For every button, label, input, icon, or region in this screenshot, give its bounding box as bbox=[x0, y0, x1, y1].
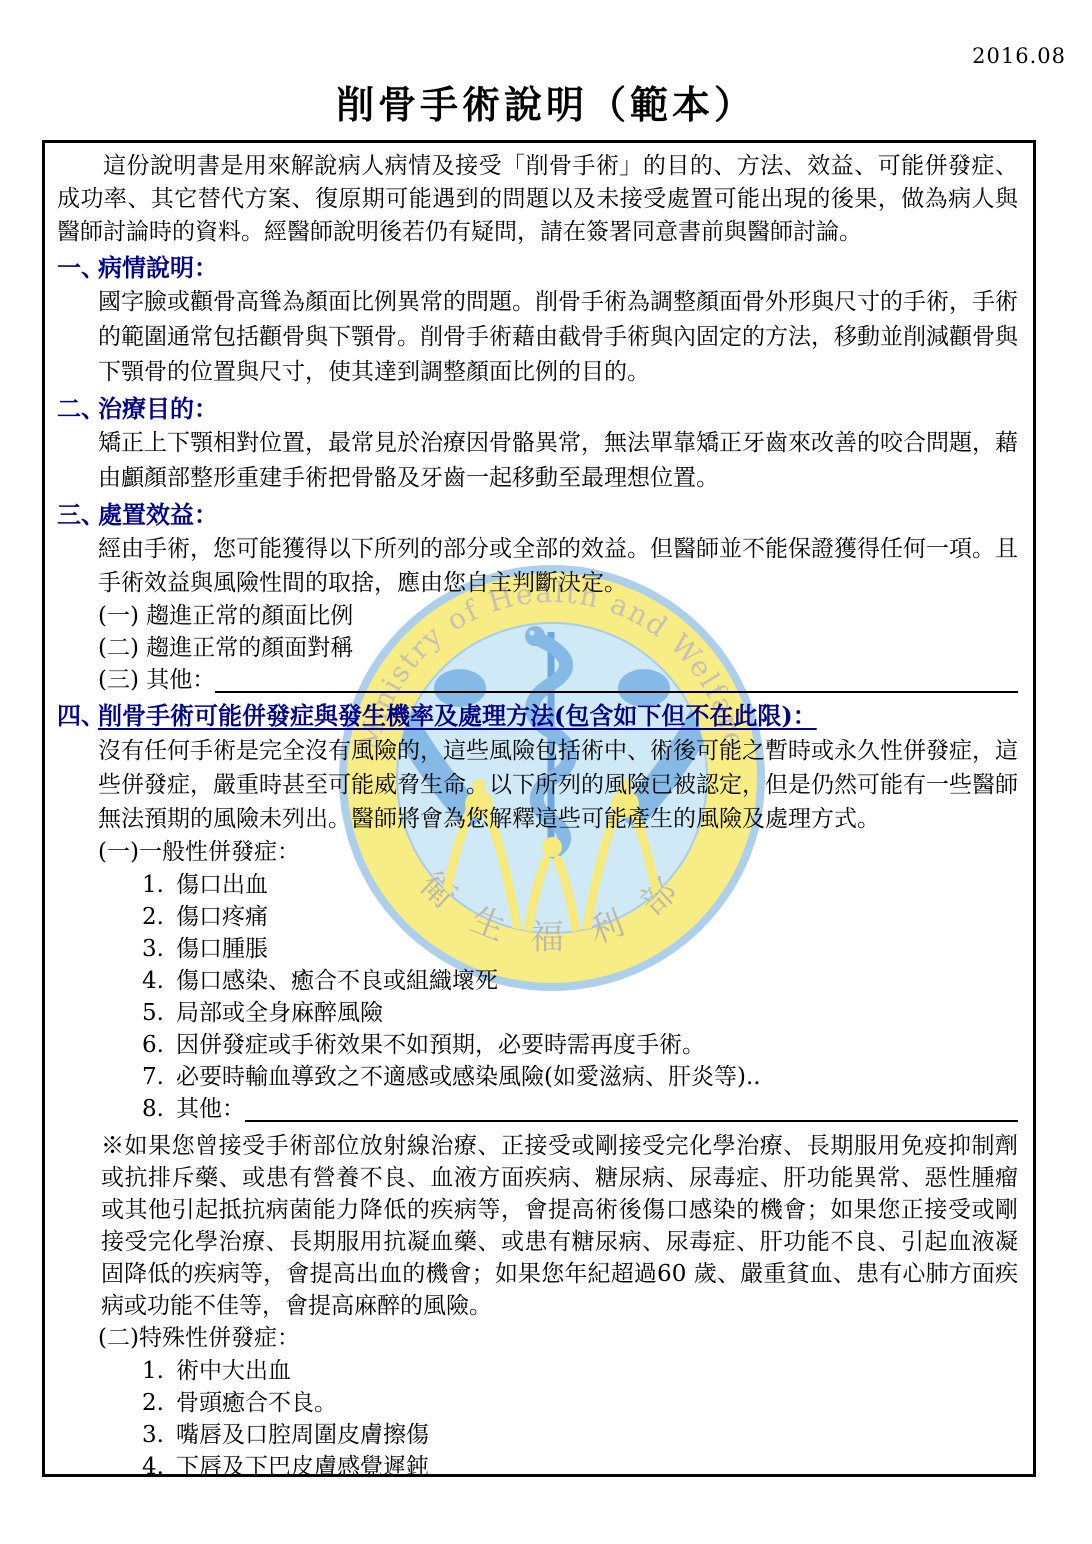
section-1-number: 一、 bbox=[57, 250, 98, 285]
general-complication-item: 2. 傷口疼痛 bbox=[142, 901, 1018, 933]
special-complication-item: 4. 下唇及下巴皮膚感覺遲鈍 bbox=[142, 1451, 1018, 1477]
general-complication-item: 5. 局部或全身麻醉風險 bbox=[142, 997, 1018, 1029]
section-2-body: 矯正上下顎相對位置，最常見於治療因骨骼異常，無法單靠矯正牙齒來改善的咬合問題，藉… bbox=[98, 426, 1018, 496]
section-3-number: 三、 bbox=[57, 497, 98, 532]
intro-paragraph: 這份說明書是用來解說病人病情及接受「削骨手術」的目的、方法、效益、可能併發症、成… bbox=[57, 150, 1018, 249]
risk-note-paragraph: ※如果您曾接受手術部位放射線治療、正接受或剛接受完化學治療、長期服用免疫抑制劑或… bbox=[101, 1130, 1018, 1322]
section-2-number: 二、 bbox=[57, 391, 98, 426]
section-1-heading: 一、 病情說明： bbox=[57, 250, 1018, 285]
general-complication-item: 3. 傷口腫脹 bbox=[142, 933, 1018, 965]
general-complications-label: (一)一般性併發症： bbox=[98, 836, 1018, 869]
special-complication-item: 1. 術中大出血 bbox=[142, 1355, 1018, 1387]
revision-date: 2016.08 bbox=[972, 44, 1066, 68]
page-title: 削骨手術說明（範本） bbox=[0, 74, 1092, 129]
section-1-body: 國字臉或顴骨高聳為顏面比例異常的問題。削骨手術為調整顏面骨外形與尺寸的手術，手術… bbox=[98, 285, 1018, 390]
section-2-title: 治療目的： bbox=[98, 391, 1018, 426]
general-other-blank-line bbox=[245, 1094, 1018, 1122]
general-other-number: 8. bbox=[142, 1093, 176, 1125]
general-complication-item: 6. 因併發症或手術效果不如預期，必要時需再度手術。 bbox=[142, 1029, 1018, 1061]
section-4-title: 削骨手術可能併發症與發生機率及處理方法(包含如下但不在此限)： bbox=[98, 697, 1018, 734]
general-complication-item: 4. 傷口感染、癒合不良或組織壞死 bbox=[142, 965, 1018, 997]
general-other-row: 8. 其他： bbox=[142, 1093, 1018, 1125]
document-box: 這份說明書是用來解說病人病情及接受「削骨手術」的目的、方法、效益、可能併發症、成… bbox=[42, 140, 1036, 1477]
special-complication-item: 2. 骨頭癒合不良。 bbox=[142, 1387, 1018, 1419]
special-complication-item: 3. 嘴唇及口腔周圍皮膚擦傷 bbox=[142, 1419, 1018, 1451]
section-4-number: 四、 bbox=[57, 697, 98, 734]
special-complications-label: (二)特殊性併發症： bbox=[98, 1322, 1018, 1355]
general-other-label: 其他： bbox=[176, 1093, 245, 1125]
benefit-other-blank-line bbox=[215, 665, 1018, 693]
benefit-other-label: (三) 其他： bbox=[98, 664, 215, 696]
section-4-body: 沒有任何手術是完全沒有風險的，這些風險包括術中、術後可能之暫時或永久性併發症，這… bbox=[98, 734, 1018, 836]
benefit-other-row: (三) 其他： bbox=[98, 664, 1018, 696]
benefit-item: (二) 趨進正常的顏面對稱 bbox=[98, 632, 1018, 664]
general-complication-item: 1. 傷口出血 bbox=[142, 869, 1018, 901]
section-3-body: 經由手術，您可能獲得以下所列的部分或全部的效益。但醫師並不能保證獲得任何一項。且… bbox=[98, 532, 1018, 600]
section-3-heading: 三、 處置效益： bbox=[57, 497, 1018, 532]
section-4-heading: 四、 削骨手術可能併發症與發生機率及處理方法(包含如下但不在此限)： bbox=[57, 697, 1018, 734]
section-1-title: 病情說明： bbox=[98, 250, 1018, 285]
benefit-item: (一) 趨進正常的顏面比例 bbox=[98, 600, 1018, 632]
general-complication-item: 7. 必要時輸血導致之不適感或感染風險(如愛滋病、肝炎等).. bbox=[142, 1061, 1018, 1093]
section-3-title: 處置效益： bbox=[98, 497, 1018, 532]
section-2-heading: 二、 治療目的： bbox=[57, 391, 1018, 426]
